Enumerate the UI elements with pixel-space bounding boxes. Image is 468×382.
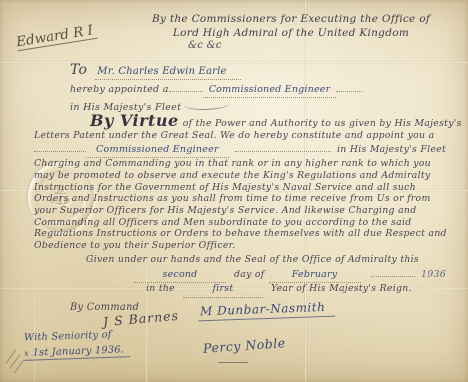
body-line-11: Obedience to you their Superior Officer.	[34, 240, 446, 252]
pencil-scribble	[3, 352, 29, 374]
fill-line	[371, 266, 415, 277]
addressee-name: Mr. Charles Edwin Earle	[95, 65, 240, 80]
commission-body: By Virtueof the Power and Authority to u…	[34, 115, 446, 252]
body-line-6: Instructions for the Government of His M…	[34, 182, 446, 194]
body-line-8: your Superior Officers for His Majesty's…	[34, 205, 446, 217]
day-entry: second	[134, 269, 226, 283]
royal-signature: Edward R I	[15, 22, 98, 52]
header-line-3: &c &c	[128, 40, 454, 52]
reign-year-entry: first	[183, 283, 263, 297]
fleet-phrase: in His Majesty's Fleet	[337, 144, 446, 156]
body-line-5: may be promoted to observe and execute t…	[34, 170, 446, 182]
to-label: To	[70, 64, 87, 77]
rank-entry: Commissioned Engineer	[86, 144, 229, 158]
body-line-7: Orders and Instructions as you shall fro…	[34, 193, 446, 205]
year-entry: 1936	[421, 269, 446, 281]
body-line-4: Charging and Commanding you in that rank…	[34, 158, 446, 170]
fill-line	[34, 141, 86, 152]
addressee-rank: Commissioned Engineer	[203, 83, 337, 98]
reign-label: Year of His Majesty's Reign.	[271, 283, 412, 295]
pen-flourish	[184, 103, 230, 110]
in-the-label: in the	[146, 283, 175, 295]
header-line-1: By the Commissioners for Executing the O…	[128, 13, 454, 27]
body-line-2: Letters Patent under the Great Seal. We …	[34, 130, 446, 142]
fill-line	[169, 81, 203, 92]
document-header: By the Commissioners for Executing the O…	[128, 13, 454, 52]
fill-line	[336, 81, 362, 92]
commission-document: Edward R I By the Commissioners for Exec…	[0, 0, 468, 382]
appointed-label: hereby appointed a	[70, 83, 169, 96]
body-line-9: Commanding all Officers and Men subordin…	[34, 217, 446, 229]
body-line-1: By Virtueof the Power and Authority to u…	[34, 115, 446, 130]
given-line: Given under our hands and the Seal of th…	[34, 254, 446, 266]
body-rank-line: Commissioned Engineer in His Majesty's F…	[34, 141, 446, 158]
month-entry: February	[269, 269, 361, 283]
signature-underline	[218, 362, 248, 363]
day-of-label: day of	[234, 269, 265, 281]
sea-lord-signature-2: Percy Noble	[203, 335, 286, 356]
seniority-line-2: x1st January 1936.	[24, 344, 130, 361]
date-line: second day of February 1936	[34, 266, 446, 283]
seniority-line-1: With Seniority of	[24, 329, 112, 343]
body-opening-words: By Virtue	[90, 111, 179, 130]
header-line-2: Lord High Admiral of the United Kingdom	[128, 27, 454, 41]
body-line-10: Regulations Instructions or Orders to be…	[34, 228, 446, 240]
addressee-block: To Mr. Charles Edwin Earle hereby appoin…	[70, 64, 400, 114]
sea-lord-signature-1: M Dunbar-Nasmith	[198, 300, 336, 322]
fill-line	[235, 141, 331, 152]
reign-line: in the first Year of His Majesty's Reign…	[34, 283, 446, 297]
attestation-block: Given under our hands and the Seal of th…	[34, 254, 446, 298]
